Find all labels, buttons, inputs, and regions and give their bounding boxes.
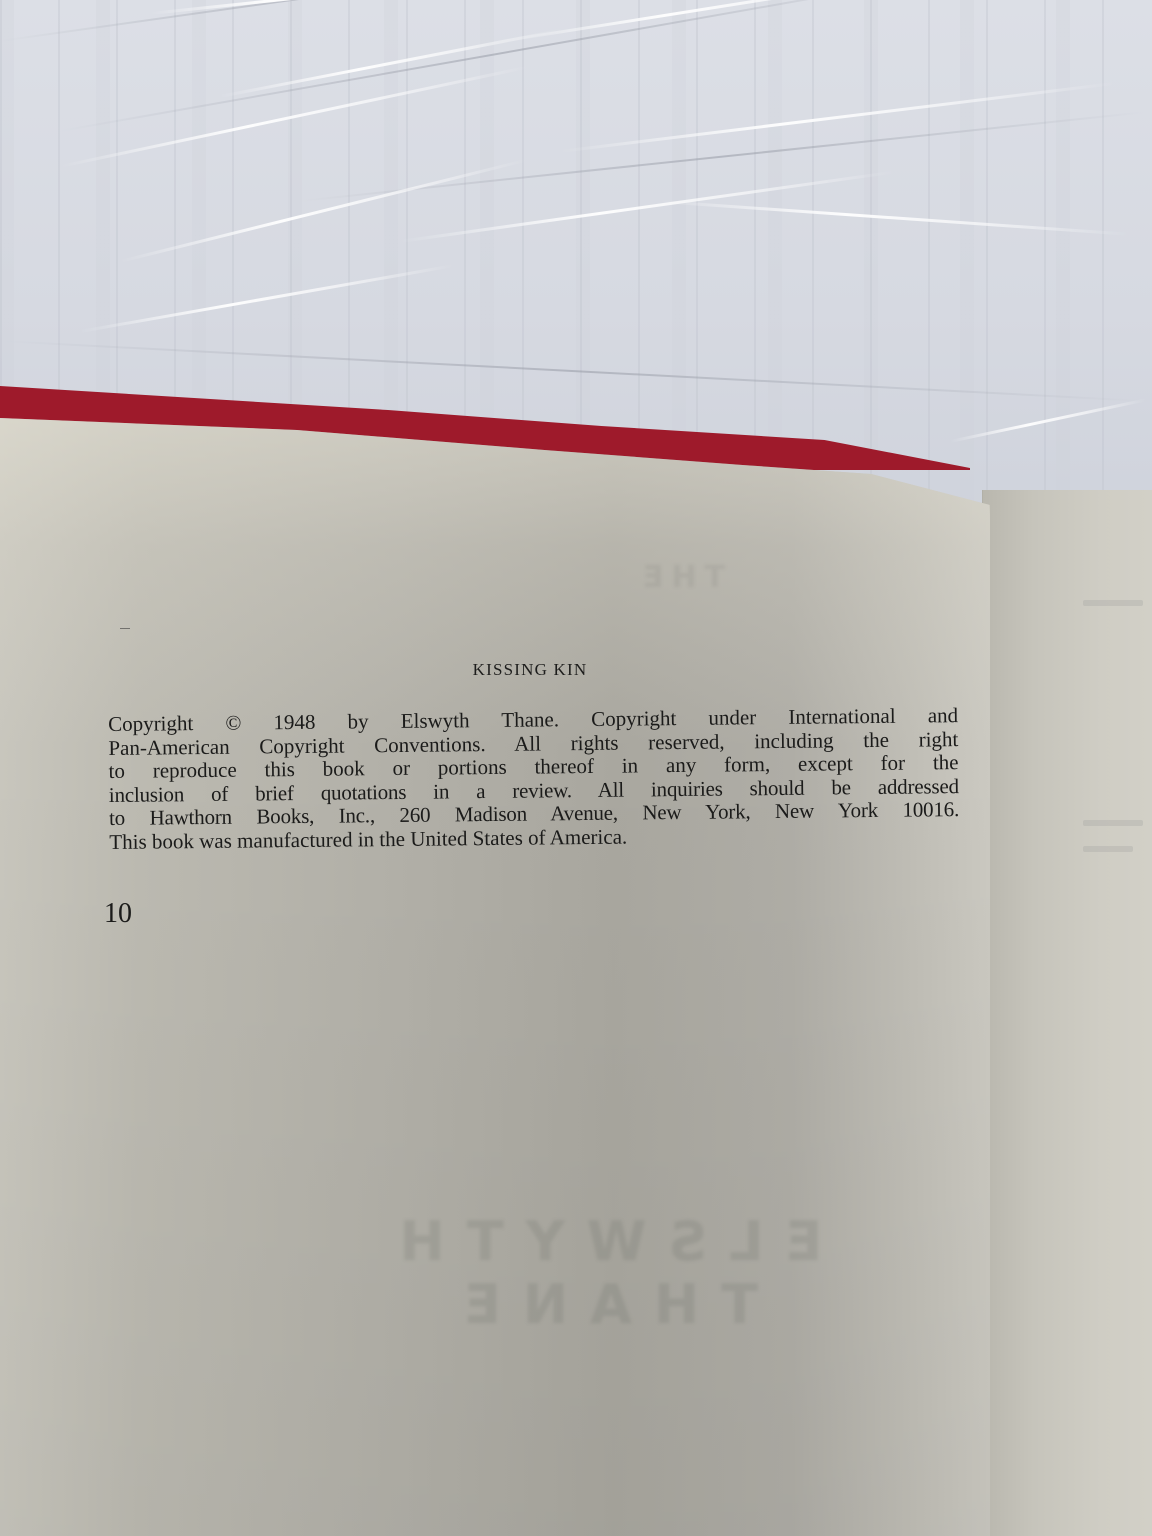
sheet-highlight	[500, 0, 915, 43]
sheet-crease	[300, 111, 1146, 202]
book-title: KISSING KIN	[100, 660, 960, 680]
bleed-through-mark	[1083, 820, 1143, 826]
sheet-highlight	[120, 158, 528, 263]
facing-page	[982, 490, 1152, 1536]
sheet-highlight	[660, 200, 1129, 236]
page-number: 10	[104, 898, 132, 930]
sheet-crease	[0, 340, 1150, 402]
sheet-crease	[60, 0, 947, 132]
sheet-highlight	[560, 82, 1116, 153]
sheet-highlight	[220, 28, 564, 98]
bleed-through-mark	[1083, 846, 1133, 852]
bleed-through-top-text: THE	[540, 560, 820, 595]
sheet-highlight	[950, 398, 1146, 443]
printer-mark	[120, 628, 130, 629]
sheet-highlight	[80, 264, 455, 333]
copyright-page	[0, 410, 990, 1536]
bleed-through-mark	[1083, 600, 1143, 606]
bleed-through-author-heading: ELSWYTH THANE	[210, 1210, 990, 1336]
copyright-notice: Copyright © 1948 by Elswyth Thane. Copyr…	[108, 704, 969, 854]
